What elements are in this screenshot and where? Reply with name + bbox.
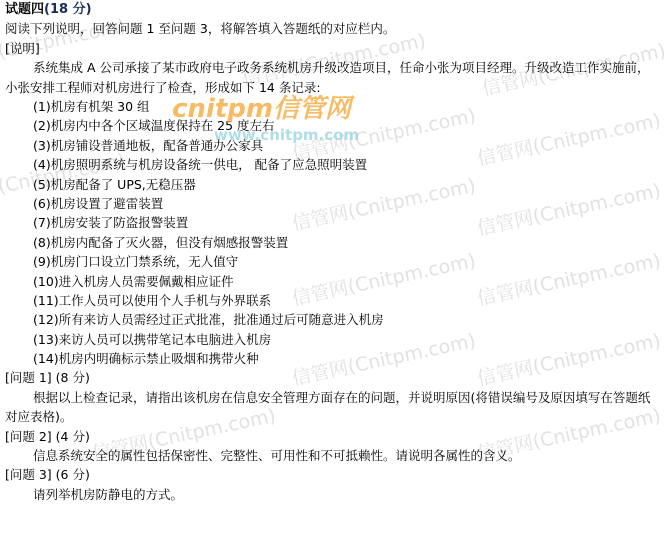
record-item: (14)机房内明确标示禁止吸烟和携带火种 <box>5 349 660 368</box>
question-1-text: 根据以上检查记录，请指出该机房在信息安全管理方面存在的问题，并说明原因(将错误编… <box>5 388 660 427</box>
question-3-header: [问题 3] (6 分) <box>5 465 660 484</box>
question-2-header: [问题 2] (4 分) <box>5 427 660 446</box>
record-item: (2)机房内中各个区域温度保持在 25 度左右 <box>5 116 660 135</box>
title-label: 试题四 <box>5 2 44 17</box>
question-3-text: 请列举机房防静电的方式。 <box>5 485 660 504</box>
record-item: (11)工作人员可以使用个人手机与外界联系 <box>5 291 660 310</box>
exam-question-document: 试题四(18 分) 阅读下列说明，回答问题 1 至问题 3，将解答填入答题纸的对… <box>5 0 660 504</box>
question-1-header: [问题 1] (8 分) <box>5 368 660 387</box>
record-item: (1)机房有机架 30 组 <box>5 97 660 116</box>
record-item: (7)机房安装了防盗报警装置 <box>5 213 660 232</box>
record-item: (5)机房配备了 UPS,无稳压器 <box>5 175 660 194</box>
question-title: 试题四(18 分) <box>5 0 660 19</box>
description-text: 系统集成 A 公司承接了某市政府电子政务系统机房升级改造项目，任命小张为项目经理… <box>5 58 660 97</box>
record-item: (3)机房铺设普通地板，配备普通办公家具 <box>5 136 660 155</box>
title-score: (18 分) <box>44 2 92 17</box>
record-item: (13)来访人员可以携带笔记本电脑进入机房 <box>5 330 660 349</box>
record-item: (6)机房设置了避雷装置 <box>5 194 660 213</box>
description-header: [说明] <box>5 39 660 58</box>
question-2-text: 信息系统安全的属性包括保密性、完整性、可用性和不可抵赖性。请说明各属性的含义。 <box>5 446 660 465</box>
record-item: (8)机房内配备了灭火器，但没有烟感报警装置 <box>5 233 660 252</box>
record-item: (12)所有来访人员需经过正式批准，批准通过后可随意进入机房 <box>5 310 660 329</box>
record-list: (1)机房有机架 30 组 (2)机房内中各个区域温度保持在 25 度左右 (3… <box>5 97 660 368</box>
record-item: (10)进入机房人员需要佩戴相应证件 <box>5 272 660 291</box>
record-item: (4)机房照明系统与机房设备统一供电， 配备了应急照明装置 <box>5 155 660 174</box>
record-item: (9)机房门口设立门禁系统，无人值守 <box>5 252 660 271</box>
instruction-text: 阅读下列说明，回答问题 1 至问题 3，将解答填入答题纸的对应栏内。 <box>5 19 660 38</box>
